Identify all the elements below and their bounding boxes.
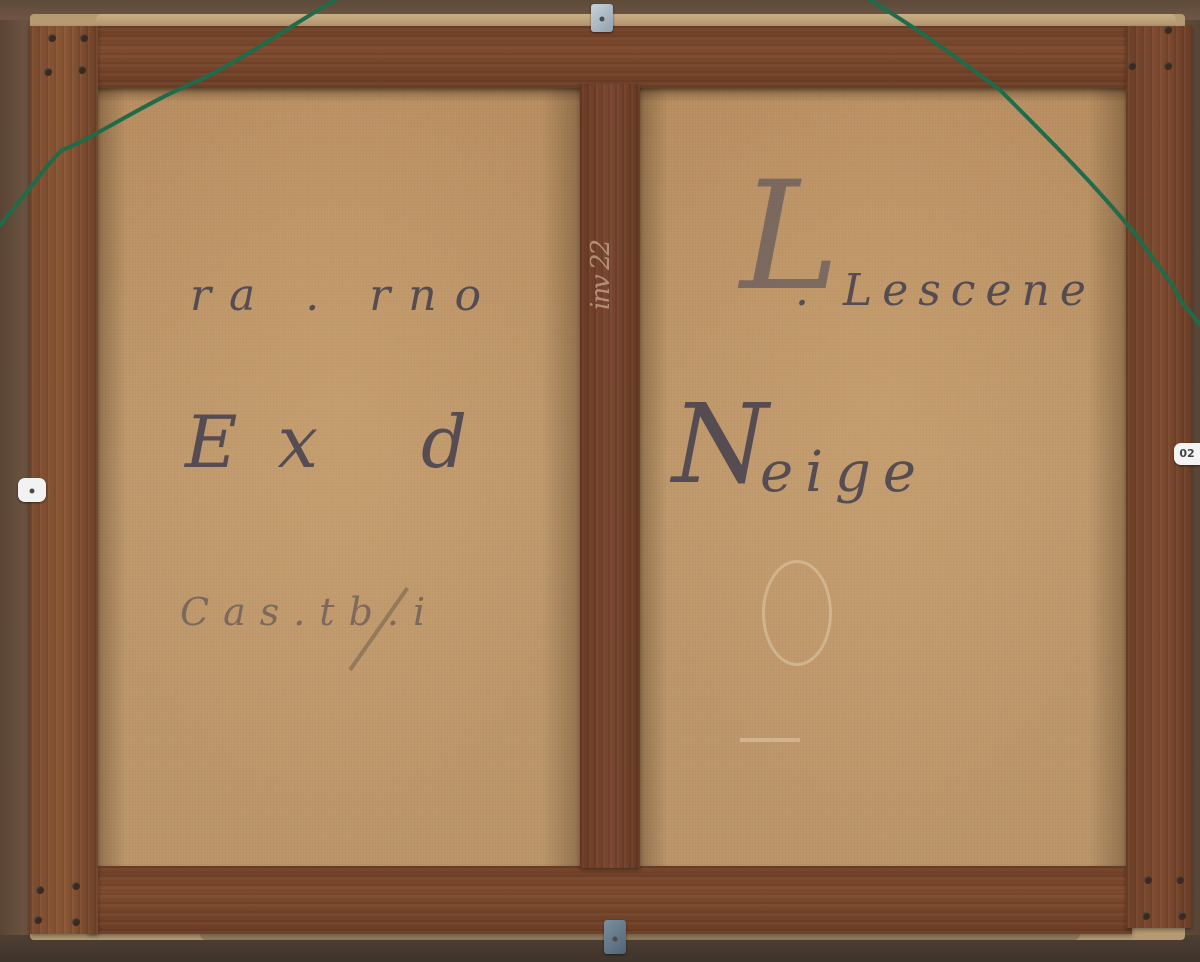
- chalk-inscription-crossbar: inv 22: [586, 160, 634, 310]
- inscription-right-line1: . Lescene: [795, 265, 1096, 316]
- nail-head: [1142, 912, 1150, 920]
- nail-head: [72, 882, 80, 890]
- hanging-clip-bottom: [604, 920, 626, 954]
- panel-shadow: [1088, 88, 1128, 868]
- inscription-left-line2: Ex d: [185, 400, 507, 484]
- panel-shadow: [96, 88, 126, 868]
- nail-head: [1178, 912, 1186, 920]
- mounting-clip-left: [18, 478, 46, 502]
- nail-head: [36, 886, 44, 894]
- chalk-circle-mark: [762, 560, 832, 666]
- inscription-right-line2: eige: [760, 440, 928, 505]
- stretcher-bar-top: [96, 26, 1126, 88]
- nail-head: [1144, 876, 1152, 884]
- nail-head: [1164, 62, 1172, 70]
- panel-shadow: [638, 88, 1128, 102]
- stretcher-bar-right: [1126, 26, 1192, 928]
- nail-head: [1128, 62, 1136, 70]
- inscription-right-initial-N: N: [672, 380, 768, 508]
- nail-head: [34, 916, 42, 924]
- panel-shadow: [542, 88, 582, 868]
- nail-head: [1176, 876, 1184, 884]
- inscription-left-line1: ra . rno: [190, 270, 499, 321]
- panel-shadow: [638, 88, 668, 868]
- hanging-clip-top: [591, 4, 613, 32]
- nail-head: [48, 34, 56, 42]
- nail-head: [78, 66, 86, 74]
- mounting-clip-right: 02: [1174, 443, 1200, 465]
- nail-head: [80, 34, 88, 42]
- chalk-line-mark: [740, 738, 800, 742]
- painting-back-scene: ra . rno Ex d Cas.tb.i L . Lescene N eig…: [0, 0, 1200, 962]
- nail-head: [72, 918, 80, 926]
- panel-shadow: [96, 88, 582, 102]
- nail-head: [1164, 26, 1172, 34]
- nail-head: [44, 68, 52, 76]
